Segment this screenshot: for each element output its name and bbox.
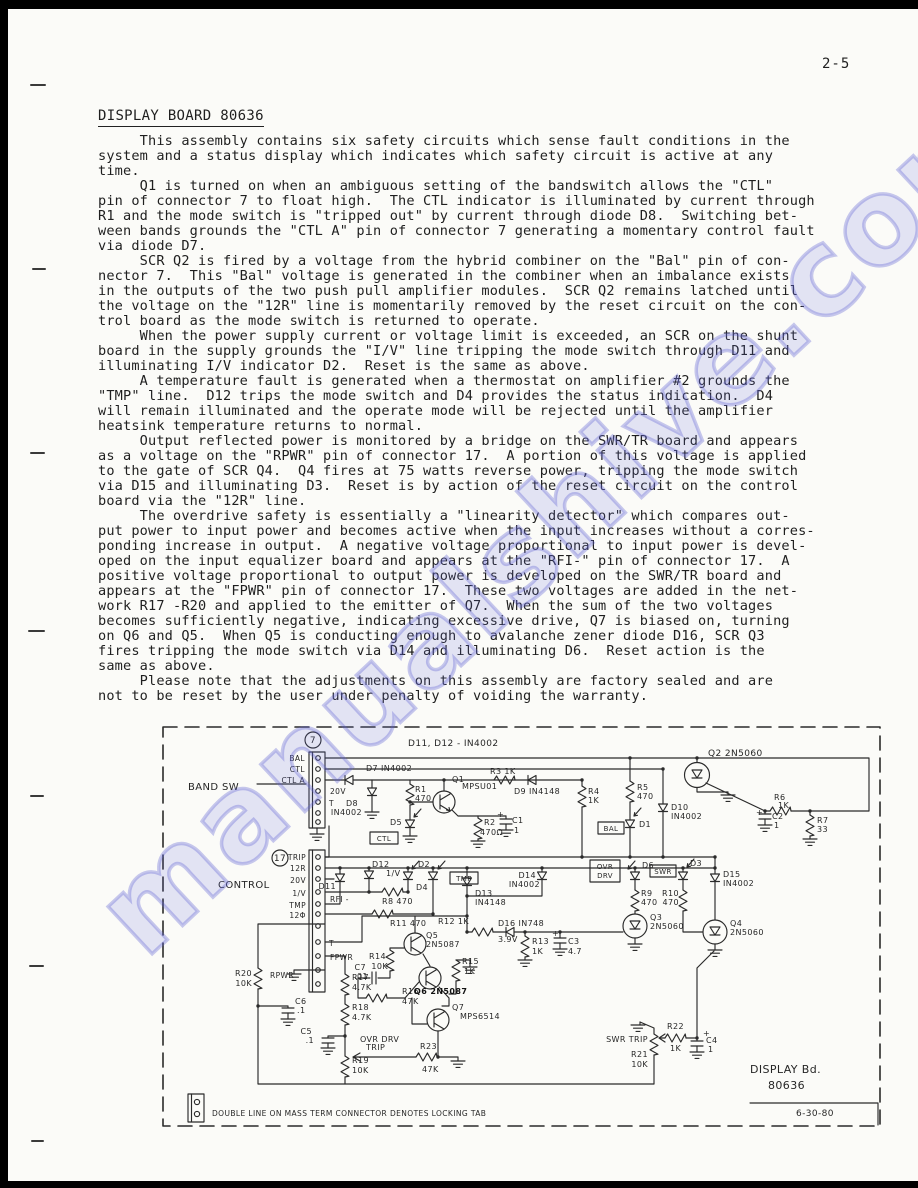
schematic-label: RPWR	[270, 971, 294, 980]
body-line: This assembly contains six safety circui…	[98, 134, 878, 149]
schematic-label: D1	[639, 820, 651, 829]
schematic-label: R13	[532, 937, 549, 946]
schematic-label: 1/V	[292, 889, 306, 898]
body-line: put power to input power and becomes act…	[98, 524, 878, 539]
body-line: board via the "12R" line.	[98, 494, 878, 509]
schematic-label: Q3	[650, 913, 662, 922]
schematic-label: 470	[641, 898, 657, 907]
schematic-label: C7	[355, 963, 366, 972]
schematic-label: RFI -	[330, 895, 349, 904]
schematic-label: C5	[301, 1027, 312, 1036]
schematic-label: 1K	[588, 796, 599, 805]
schematic-label: D10	[671, 803, 689, 812]
margin-mark	[29, 965, 44, 967]
schematic-label: 1/V	[386, 869, 401, 878]
body-line: fires tripping the mode switch via D14 a…	[98, 644, 878, 659]
schematic-label: TRIP	[287, 853, 306, 862]
body-line: nector 7. This "Bal" voltage is generate…	[98, 269, 878, 284]
body-line: board in the supply grounds the "I/V" li…	[98, 344, 878, 359]
schematic-label: R3 1K	[490, 767, 516, 776]
schematic-label: R17	[352, 973, 369, 982]
schematic-label: CTL A	[281, 776, 305, 785]
schematic-label: 33	[817, 825, 828, 834]
schematic-label: 1	[708, 1045, 714, 1054]
schematic-label: 1K	[532, 947, 543, 956]
schematic-label: .1	[306, 1036, 314, 1045]
page-title: DISPLAY BOARD 80636	[98, 108, 264, 127]
schematic-label: IN4002	[331, 808, 362, 817]
schematic-label: IN4002	[509, 880, 540, 889]
schematic-label: D11, D12 - IN4002	[408, 739, 499, 749]
schematic-label: D16 IN748	[498, 919, 544, 928]
margin-mark	[30, 84, 46, 86]
schematic-label: SWR TRIP	[606, 1035, 648, 1044]
schematic-label: +	[497, 810, 504, 819]
schematic-figure: D11, D12 - IN40027BALCTLCTL A20VTBAND SW…	[162, 726, 881, 1128]
scan-edge-left	[0, 0, 8, 1188]
body-line: A temperature fault is generated when a …	[98, 374, 878, 389]
body-line: pin of connector 7 to float high. The CT…	[98, 194, 878, 209]
schematic-label: 3.9V	[498, 935, 518, 944]
schematic-label: 10K	[371, 962, 388, 971]
schematic-label: 10K	[235, 979, 252, 988]
schematic-label: T	[328, 799, 334, 808]
schematic-label: D5	[390, 818, 402, 827]
body-line: will remain illuminated and the operate …	[98, 404, 878, 419]
schematic-label: 7	[310, 736, 316, 746]
schematic-label: 470Ω	[480, 828, 503, 837]
schematic-label: R10	[662, 889, 679, 898]
page-number: 2-5	[822, 56, 850, 72]
schematic-label: D12	[372, 860, 390, 869]
body-line: ween bands grounds the "CTL A" pin of co…	[98, 224, 878, 239]
body-text: This assembly contains six safety circui…	[98, 134, 878, 704]
schematic-label: C6	[295, 997, 306, 1006]
schematic-label: R2	[484, 818, 495, 827]
body-line: oped on the input equalizer board and ap…	[98, 554, 878, 569]
schematic-label: 470	[637, 792, 653, 801]
body-line: work R17 -R20 and applied to the emitter…	[98, 599, 878, 614]
schematic-label: 10K	[631, 1060, 648, 1069]
body-line: trol board as the mode switch is returne…	[98, 314, 878, 329]
mass-term-connector-icon	[188, 1094, 204, 1122]
margin-mark	[32, 268, 46, 270]
body-line: not to be reset by the user under penalt…	[98, 689, 878, 704]
schematic-label: 470	[415, 794, 431, 803]
schematic-label: R7	[817, 816, 828, 825]
schematic-label: 20V	[330, 787, 346, 796]
schematic-label: Q5	[426, 931, 438, 940]
body-line: Please note that the adjustments on this…	[98, 674, 878, 689]
schematic-label: D15	[723, 870, 741, 879]
schematic-label: R15	[462, 957, 479, 966]
connector-7	[257, 732, 329, 857]
body-line: "TMP" line. D12 trips the mode switch an…	[98, 389, 878, 404]
schematic-label: TMP	[455, 875, 472, 883]
schematic-label: R22	[667, 1022, 684, 1031]
schematic-label: 17	[274, 854, 286, 864]
schematic-labels: D11, D12 - IN40027BALCTLCTL A20VTBAND SW…	[188, 736, 834, 1119]
schematic-label: R9	[641, 889, 652, 898]
schematic-label: 4.7K	[352, 983, 372, 992]
schematic-label: 12Φ	[289, 911, 306, 920]
schematic-label: D11	[318, 882, 336, 891]
body-line: illuminating I/V indicator D2. Reset is …	[98, 359, 878, 374]
schematic-label: 10K	[352, 1066, 369, 1075]
schematic-label: Q4	[730, 919, 742, 928]
body-line: heatsink temperature returns to normal.	[98, 419, 878, 434]
schematic-label: 47K	[402, 997, 419, 1006]
schematic-label: C4	[706, 1036, 717, 1045]
schematic-label: CTL	[290, 765, 306, 774]
schematic-label: D6	[642, 861, 654, 870]
schematic-label: 12R	[290, 864, 306, 873]
schematic-label: D7 IN4002	[366, 764, 412, 773]
schematic-label: R4	[588, 787, 599, 796]
schematic-label: R12 1K	[438, 917, 469, 926]
schematic-label: T	[328, 939, 334, 948]
body-line: When the power supply current or voltage…	[98, 329, 878, 344]
body-line: system and a status display which indica…	[98, 149, 878, 164]
margin-mark	[30, 795, 44, 797]
schematic-label: 20V	[290, 876, 306, 885]
schematic-label: R14	[369, 952, 386, 961]
schematic-label: 6-30-80	[796, 1109, 834, 1119]
schematic-label: R11 470	[390, 919, 426, 928]
schematic-label: 80636	[768, 1079, 805, 1092]
schematic-label: TRIP	[365, 1043, 385, 1052]
schematic-label: +	[552, 929, 559, 938]
body-line: R1 and the mode switch is "tripped out" …	[98, 209, 878, 224]
schematic-label: OVR	[597, 863, 613, 871]
schematic-label: D13	[475, 889, 493, 898]
schematic-label: BAL	[289, 754, 305, 763]
schematic-label: 4.7	[568, 947, 582, 956]
schematic-label: SWR	[654, 868, 671, 876]
schematic-label: R19	[352, 1056, 369, 1065]
schematic-label: C3	[568, 937, 579, 946]
body-line: same as above.	[98, 659, 878, 674]
schematic-label: R21	[631, 1050, 648, 1059]
schematic-label: 1	[774, 821, 780, 830]
schematic-label: DOUBLE LINE ON MASS TERM CONNECTOR DENOT…	[212, 1109, 486, 1118]
schematic-label: 2N5087	[426, 940, 460, 949]
schematic-label: DISPLAY Bd.	[750, 1063, 821, 1076]
schematic-label: R18	[352, 1003, 369, 1012]
schematic-label: CONTROL	[218, 880, 270, 891]
schematic-label: 1K	[464, 967, 475, 976]
body-line: appears at the "FPWR" pin of connector 1…	[98, 584, 878, 599]
schematic-label: MPS6514	[460, 1012, 500, 1021]
schematic-label: D4	[416, 883, 428, 892]
body-line: the voltage on the "12R" line is momenta…	[98, 299, 878, 314]
scanned-manual-page: 2-5 DISPLAY BOARD 80636 This assembly co…	[0, 0, 918, 1188]
schematic-label: CTL	[377, 835, 391, 843]
schematic-label: BAL	[604, 825, 619, 833]
schematic-label: R23	[420, 1042, 437, 1051]
schematic-label: 470	[663, 898, 679, 907]
body-line: ponding increase in output. A negative v…	[98, 539, 878, 554]
body-line: as a voltage on the "RPWR" pin of connec…	[98, 449, 878, 464]
schematic-label: .1	[297, 1006, 305, 1015]
scr-q3-q4	[623, 914, 727, 956]
body-line: in the outputs of the two push pull ampl…	[98, 284, 878, 299]
schematic-label: D9 IN4148	[514, 787, 560, 796]
schematic-label: D2	[418, 860, 430, 869]
schematic-svg: D11, D12 - IN40027BALCTLCTL A20VTBAND SW…	[162, 726, 881, 1128]
schematic-label: C2	[772, 812, 783, 821]
schematic-label: R20	[235, 969, 252, 978]
body-line: SCR Q2 is fired by a voltage from the hy…	[98, 254, 878, 269]
schematic-label: 4.7K	[352, 1013, 372, 1022]
schematic-label: R1	[415, 785, 426, 794]
schematic-label: 1	[514, 826, 520, 835]
schematic-label: IN4148	[475, 898, 506, 907]
schematic-label: D8	[346, 799, 358, 808]
schematic-label: Q7	[452, 1003, 464, 1012]
schematic-label: MPSU01	[462, 782, 497, 791]
body-line: time.	[98, 164, 878, 179]
body-line: on Q6 and Q5. When Q5 is conducting enou…	[98, 629, 878, 644]
body-line: to the gate of SCR Q4. Q4 fires at 75 wa…	[98, 464, 878, 479]
body-line: Q1 is turned on when an ambiguous settin…	[98, 179, 878, 194]
body-line: becomes sufficiently negative, indicatin…	[98, 614, 878, 629]
schematic-label: 1K	[670, 1044, 681, 1053]
schematic-label: 2N5060	[730, 928, 764, 937]
schematic-label: 2N5060	[650, 922, 684, 931]
scan-edge-top	[0, 0, 918, 9]
body-line: via D15 and illuminating D3. Reset is by…	[98, 479, 878, 494]
schematic-label: R8 470	[382, 897, 413, 906]
schematic-label: R5	[637, 783, 648, 792]
body-line: The overdrive safety is essentially a "l…	[98, 509, 878, 524]
scan-edge-bottom	[0, 1181, 918, 1188]
margin-mark	[31, 1140, 44, 1142]
schematic-label: FPWR	[330, 953, 353, 962]
schematic-label: TMP	[288, 901, 306, 910]
schematic-label: 47K	[422, 1065, 439, 1074]
schematic-label: Q6 2N5087	[414, 987, 467, 996]
body-line: positive voltage proportional to output …	[98, 569, 878, 584]
body-line: Output reflected power is monitored by a…	[98, 434, 878, 449]
schematic-label: Q2 2N5060	[708, 749, 763, 759]
schematic-label: D14	[518, 871, 536, 880]
schematic-label: IN4002	[723, 879, 754, 888]
margin-mark	[30, 452, 45, 454]
schematic-label: DRV	[597, 872, 613, 880]
schematic-label: +	[756, 808, 763, 817]
schematic-label: BAND SW	[188, 782, 239, 793]
schematic-label: 1K	[778, 801, 789, 810]
schematic-label: D3	[690, 859, 702, 868]
body-line: via diode D7.	[98, 239, 878, 254]
margin-mark	[28, 630, 45, 632]
schematic-label: IN4002	[671, 812, 702, 821]
schematic-label: C1	[512, 816, 523, 825]
